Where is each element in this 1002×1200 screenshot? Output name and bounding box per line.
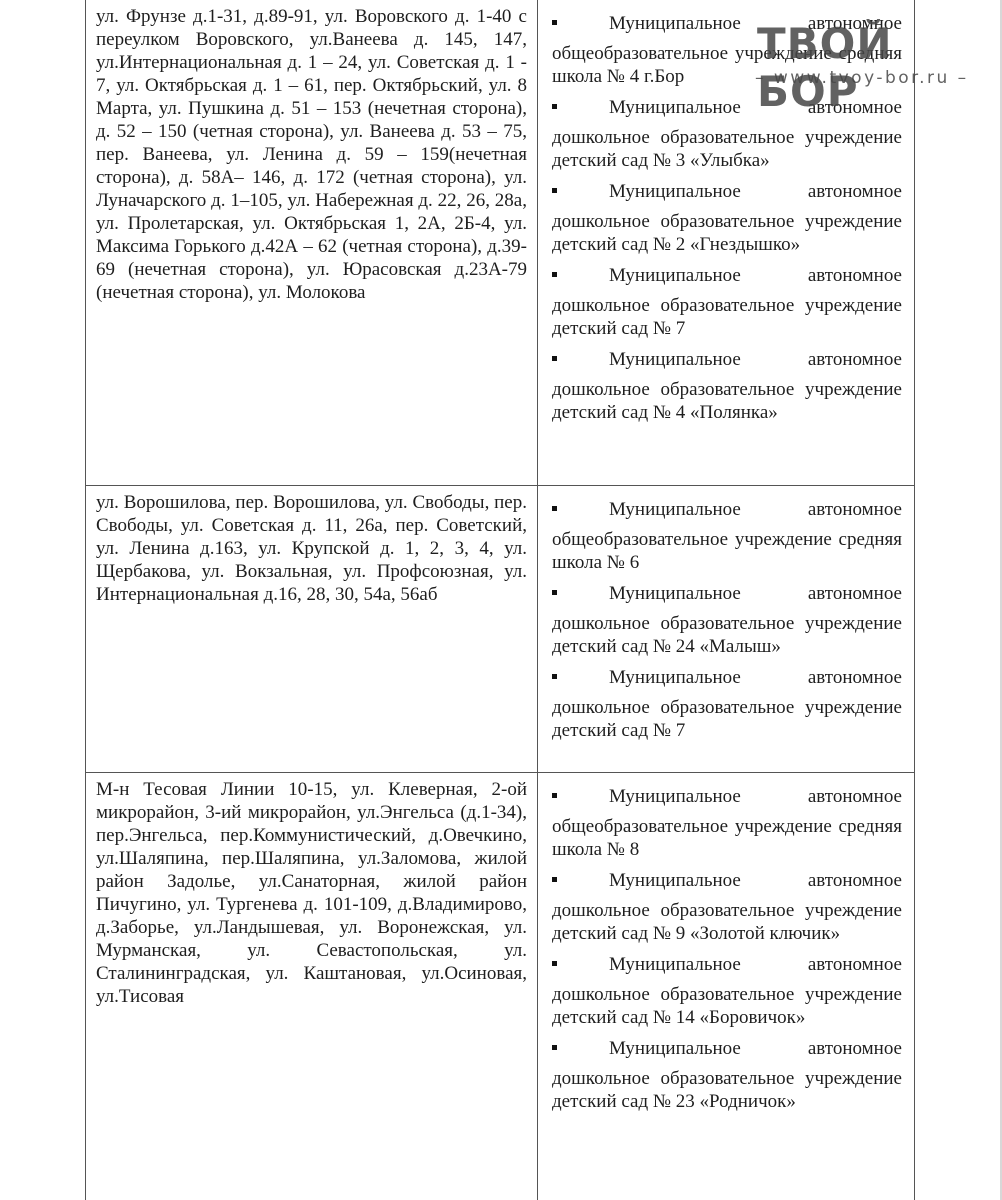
square-bullet-icon bbox=[552, 272, 557, 277]
institution-item: Муниципальноеавтономноедошкольное образо… bbox=[552, 869, 902, 945]
institutions-cell: Муниципальноеавтономноеобщеобразовательн… bbox=[538, 0, 915, 486]
address-list: ул. Ворошилова, пер. Ворошилова, ул. Сво… bbox=[86, 486, 537, 606]
institution-type: автономное bbox=[808, 12, 902, 35]
institution-type: автономное bbox=[808, 348, 902, 371]
institution-list: Муниципальноеавтономноеобщеобразовательн… bbox=[538, 0, 914, 424]
address-list: М-н Тесовая Линии 10-15, ул. Клеверная, … bbox=[86, 773, 537, 1008]
institution-type: автономное bbox=[808, 582, 902, 605]
square-bullet-icon bbox=[552, 20, 557, 25]
institution-type: автономное bbox=[808, 953, 902, 976]
institution-prefix: Муниципальное bbox=[609, 264, 808, 287]
address-cell: ул. Фрунзе д.1-31, д.89-91, ул. Воровско… bbox=[86, 0, 538, 486]
square-bullet-icon bbox=[552, 877, 557, 882]
square-bullet-icon bbox=[552, 104, 557, 109]
institution-prefix: Муниципальное bbox=[609, 498, 808, 521]
address-cell: ул. Ворошилова, пер. Ворошилова, ул. Сво… bbox=[86, 486, 538, 773]
institution-prefix: Муниципальное bbox=[609, 582, 808, 605]
institution-name: дошкольное образовательное учреждение де… bbox=[552, 1067, 902, 1113]
institution-type: автономное bbox=[808, 264, 902, 287]
institution-prefix: Муниципальное bbox=[609, 869, 808, 892]
square-bullet-icon bbox=[552, 356, 557, 361]
square-bullet-icon bbox=[552, 793, 557, 798]
institution-name: дошкольное образовательное учреждение де… bbox=[552, 378, 902, 424]
table-row: ул. Ворошилова, пер. Ворошилова, ул. Сво… bbox=[86, 486, 915, 773]
institution-prefix: Муниципальное bbox=[609, 1037, 808, 1060]
institution-name: дошкольное образовательное учреждение де… bbox=[552, 983, 902, 1029]
square-bullet-icon bbox=[552, 674, 557, 679]
institution-item: Муниципальноеавтономноедошкольное образо… bbox=[552, 953, 902, 1029]
institution-prefix: Муниципальное bbox=[609, 666, 808, 689]
square-bullet-icon bbox=[552, 961, 557, 966]
institution-prefix: Муниципальное bbox=[609, 180, 808, 203]
square-bullet-icon bbox=[552, 1045, 557, 1050]
institution-type: автономное bbox=[808, 869, 902, 892]
institution-name: дошкольное образовательное учреждение де… bbox=[552, 126, 902, 172]
institution-list: Муниципальноеавтономноеобщеобразовательн… bbox=[538, 486, 914, 742]
institution-item: Муниципальноеавтономноедошкольное образо… bbox=[552, 348, 902, 424]
address-list: ул. Фрунзе д.1-31, д.89-91, ул. Воровско… bbox=[86, 0, 537, 304]
institution-prefix: Муниципальное bbox=[609, 785, 808, 808]
institution-name: дошкольное образовательное учреждение де… bbox=[552, 294, 902, 340]
institution-type: автономное bbox=[808, 785, 902, 808]
institution-type: автономное bbox=[808, 498, 902, 521]
institution-item: Муниципальноеавтономноедошкольное образо… bbox=[552, 180, 902, 256]
institution-item: Муниципальноеавтономноедошкольное образо… bbox=[552, 582, 902, 658]
address-cell: М-н Тесовая Линии 10-15, ул. Клеверная, … bbox=[86, 773, 538, 1200]
institution-name: общеобразовательное учреждение средняя ш… bbox=[552, 42, 902, 88]
table-row: М-н Тесовая Линии 10-15, ул. Клеверная, … bbox=[86, 773, 915, 1200]
institution-list: Муниципальноеавтономноеобщеобразовательн… bbox=[538, 773, 914, 1113]
institution-name: дошкольное образовательное учреждение де… bbox=[552, 210, 902, 256]
institutions-cell: Муниципальноеавтономноеобщеобразовательн… bbox=[538, 486, 915, 773]
institution-prefix: Муниципальное bbox=[609, 12, 808, 35]
institution-type: автономное bbox=[808, 96, 902, 119]
school-assignment-table: ул. Фрунзе д.1-31, д.89-91, ул. Воровско… bbox=[85, 0, 915, 1200]
institution-type: автономное bbox=[808, 666, 902, 689]
institution-prefix: Муниципальное bbox=[609, 348, 808, 371]
institution-item: Муниципальноеавтономноедошкольное образо… bbox=[552, 264, 902, 340]
institution-name: общеобразовательное учреждение средняя ш… bbox=[552, 528, 902, 574]
institution-name: общеобразовательное учреждение средняя ш… bbox=[552, 815, 902, 861]
institution-type: автономное bbox=[808, 180, 902, 203]
square-bullet-icon bbox=[552, 590, 557, 595]
table-row: ул. Фрунзе д.1-31, д.89-91, ул. Воровско… bbox=[86, 0, 915, 486]
square-bullet-icon bbox=[552, 188, 557, 193]
institution-type: автономное bbox=[808, 1037, 902, 1060]
institution-item: Муниципальноеавтономноедошкольное образо… bbox=[552, 1037, 902, 1113]
institution-name: дошкольное образовательное учреждение де… bbox=[552, 612, 902, 658]
square-bullet-icon bbox=[552, 506, 557, 511]
institution-prefix: Муниципальное bbox=[609, 953, 808, 976]
institution-item: Муниципальноеавтономноеобщеобразовательн… bbox=[552, 12, 902, 88]
institution-name: дошкольное образовательное учреждение де… bbox=[552, 899, 902, 945]
institution-item: Муниципальноеавтономноедошкольное образо… bbox=[552, 96, 902, 172]
institution-prefix: Муниципальное bbox=[609, 96, 808, 119]
institution-item: Муниципальноеавтономноеобщеобразовательн… bbox=[552, 785, 902, 861]
institution-item: Муниципальноеавтономноеобщеобразовательн… bbox=[552, 498, 902, 574]
institution-name: дошкольное образовательное учреждение де… bbox=[552, 696, 902, 742]
institution-item: Муниципальноеавтономноедошкольное образо… bbox=[552, 666, 902, 742]
institutions-cell: Муниципальноеавтономноеобщеобразовательн… bbox=[538, 773, 915, 1200]
